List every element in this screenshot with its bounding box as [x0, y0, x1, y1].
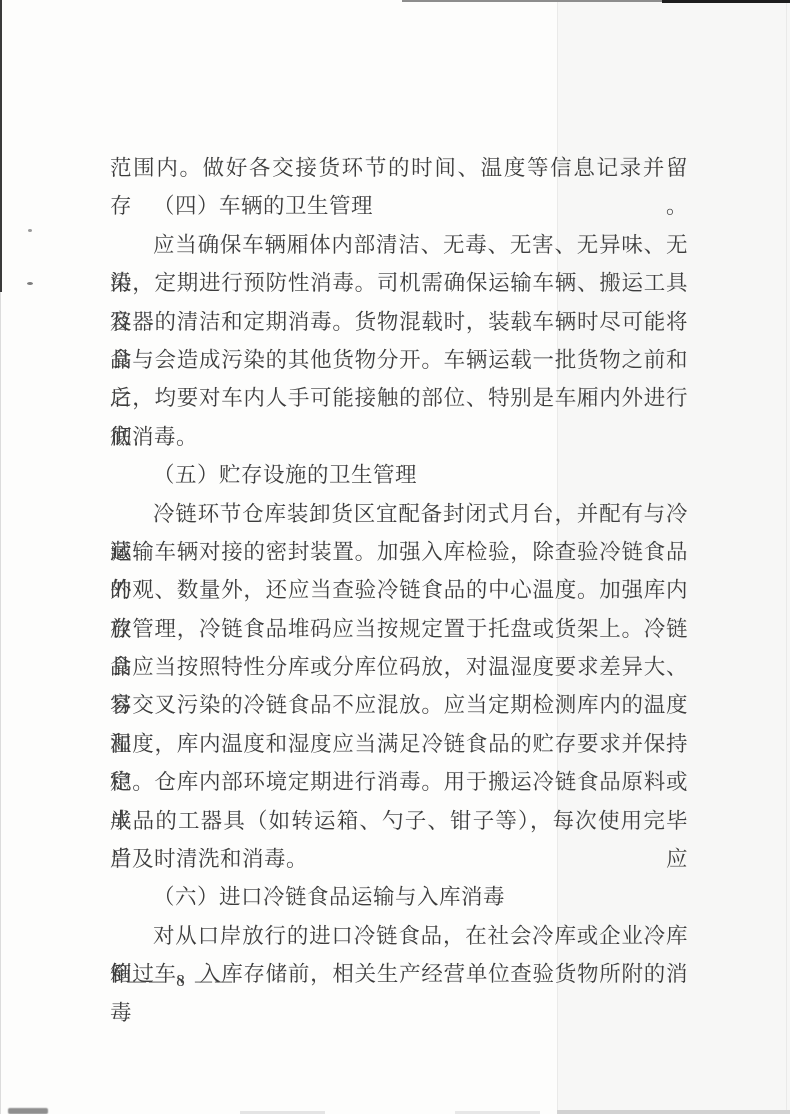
text-line: 应当确保车辆厢体内部清洁、无毒、无害、无异味、无污 [110, 226, 688, 264]
text-line: 容器的清洁和定期消毒。货物混载时，装载车辆时尽可能将食 [110, 303, 688, 341]
text-line: 成品的工器具（如转运箱、勺子、钳子等），每次使用完毕后应 [110, 802, 688, 840]
text-line: 放管理，冷链食品堆码应当按规定置于托盘或货架上。冷链食 [110, 610, 688, 648]
section-heading: （六）进口冷链食品运输与入库消毒 [110, 878, 688, 916]
text-line: 品应当按照特性分库或分库位码放，对温湿度要求差异大、容 [110, 648, 688, 686]
text-line: 外观、数量外，还应当查验冷链食品的中心温度。加强库内存 [110, 571, 688, 609]
text-line: 湿度，库内温度和湿度应当满足冷链食品的贮存要求并保持稳 [110, 725, 688, 763]
text-line: 对从口岸放行的进口冷链食品，在社会冷库或企业冷库倒 [110, 917, 688, 955]
text-line: 运输车辆对接的密封装置。加强入库检验，除查验冷链食品的 [110, 533, 688, 571]
section-heading: （五）贮存设施的卫生管理 [110, 456, 688, 494]
text-line: 定。仓库内部环境定期进行消毒。用于搬运冷链食品原料或半 [110, 763, 688, 801]
text-line: 冷链环节仓库装卸货区宜配备封闭式月台，并配有与冷藏 [110, 495, 688, 533]
scan-top-edge-black [662, 0, 790, 3]
scan-left-edge-dark [0, 0, 2, 292]
text-line: 范围内。做好各交接货环节的时间、温度等信息记录并留存。 [110, 149, 688, 187]
scan-left-edge-light [0, 292, 1, 1114]
scan-edge-line [786, 0, 787, 1114]
text-line: 染，定期进行预防性消毒。司机需确保运输车辆、搬运工具及 [110, 264, 688, 302]
document-page: 范围内。做好各交接货环节的时间、温度等信息记录并留存。 （四）车辆的卫生管理 应… [0, 0, 790, 1114]
text-line: 后，均要对车内人手可能接触的部位、特别是车厢内外进行彻 [110, 379, 688, 417]
scan-bottom-mark [8, 1108, 48, 1114]
page-number: —— 8 —— [129, 966, 235, 996]
text-line: 易交叉污染的冷链食品不应混放。应当定期检测库内的温度和 [110, 686, 688, 724]
text-line: 品与会造成污染的其他货物分开。车辆运载一批货物之前和之 [110, 341, 688, 379]
scan-top-edge-gray [402, 0, 662, 2]
scan-bottom-edge [557, 1110, 790, 1114]
scan-speck [27, 282, 33, 285]
text-line: 底消毒。 [110, 418, 688, 456]
text-block: 范围内。做好各交接货环节的时间、温度等信息记录并留存。 （四）车辆的卫生管理 应… [110, 149, 688, 994]
scan-speck [28, 229, 32, 232]
